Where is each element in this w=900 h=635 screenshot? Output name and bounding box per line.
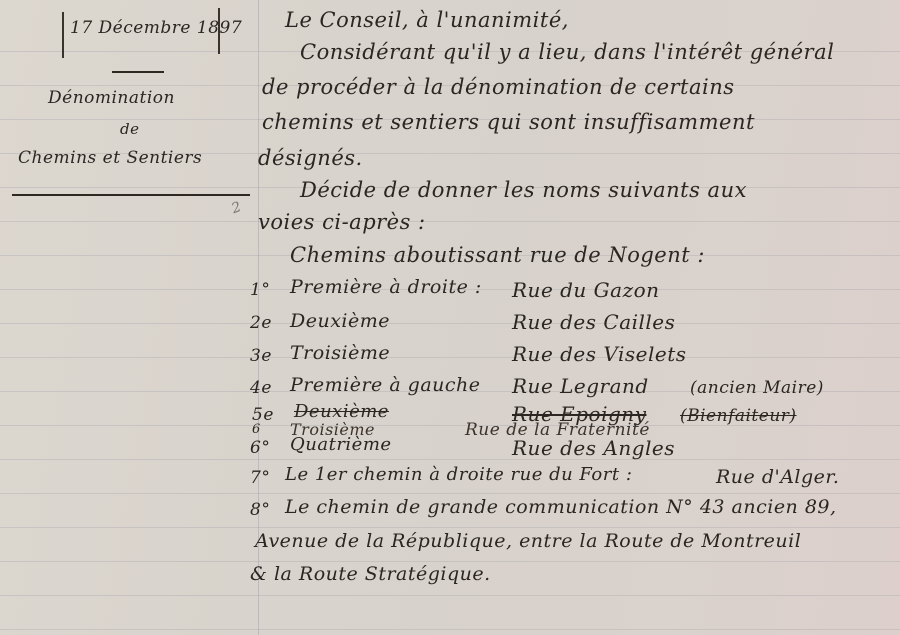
closing-line: Avenue de la République, entre la Route … xyxy=(255,530,801,552)
body-line: chemins et sentiers qui sont insuffisamm… xyxy=(262,110,755,134)
entry-position: Le 1er chemin à droite rue du Fort : xyxy=(285,464,632,485)
entry-position: Troisième xyxy=(290,342,390,364)
entry-position: Le chemin de grande communication N° 43 … xyxy=(285,496,837,518)
body-line: désignés. xyxy=(258,146,363,170)
margin-mark: 2 xyxy=(230,199,244,217)
body-line: de procéder à la dénomination de certain… xyxy=(262,75,735,99)
section-heading: Chemins aboutissant rue de Nogent : xyxy=(290,243,705,267)
entry-street: Rue du Gazon xyxy=(512,278,660,302)
margin-title-line2: de xyxy=(120,120,139,138)
entry-number: 6° xyxy=(250,438,270,458)
entry-position: Deuxième xyxy=(290,310,390,332)
entry-street: Rue d'Alger. xyxy=(716,466,839,488)
entry-position-struck: Deuxième xyxy=(294,401,389,422)
long-divider xyxy=(12,194,250,196)
entry-street: Rue Legrand xyxy=(512,374,649,398)
margin-title-line1: Dénomination xyxy=(48,88,175,108)
entry-note: (ancien Maire) xyxy=(690,378,824,398)
entry-number: 1° xyxy=(250,280,270,300)
entry-position: Première à droite : xyxy=(290,276,482,298)
date-bar-right xyxy=(218,8,220,54)
entry-number: 7° xyxy=(250,468,270,488)
entry-position: Première à gauche xyxy=(290,374,481,396)
date-bar-left xyxy=(62,12,64,58)
body-line: Considérant qu'il y a lieu, dans l'intér… xyxy=(300,40,834,64)
body-line: Le Conseil, à l'unanimité, xyxy=(285,8,569,32)
entry-number: 6 xyxy=(252,422,261,437)
entry-position: Quatrième xyxy=(290,434,392,455)
entry-number: 4e xyxy=(250,378,272,398)
body-line: Décide de donner les noms suivants aux xyxy=(300,178,747,202)
entry-street: Rue des Cailles xyxy=(512,310,675,334)
closing-line: & la Route Stratégique. xyxy=(250,563,491,585)
entry-street: Rue des Angles xyxy=(512,436,675,460)
entry-number: 3e xyxy=(250,346,272,366)
entry-number: 2e xyxy=(250,313,272,333)
entry-street: Rue des Viselets xyxy=(512,342,687,366)
body-line: voies ci-après : xyxy=(258,210,426,234)
entry-number: 8° xyxy=(250,500,270,520)
register-page: 17 Décembre 1897 Dénomination de Chemins… xyxy=(0,0,900,635)
date-heading: 17 Décembre 1897 xyxy=(70,18,242,38)
short-divider xyxy=(112,71,164,73)
entry-note-struck: (Bienfaiteur) xyxy=(680,406,797,426)
margin-title-line3: Chemins et Sentiers xyxy=(18,148,202,168)
